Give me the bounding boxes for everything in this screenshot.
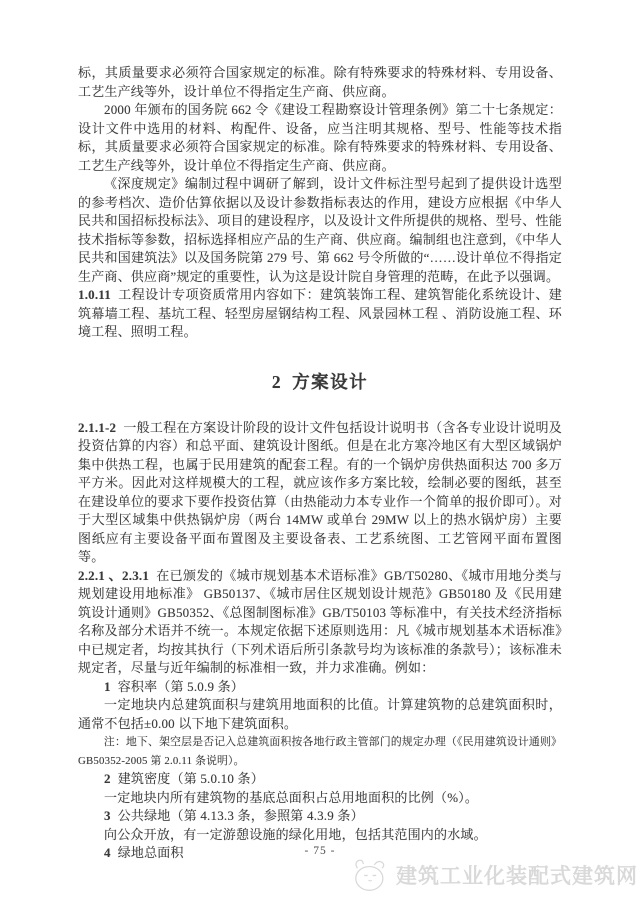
watermark-text: 建筑工业化装配式建筑网 xyxy=(396,860,638,890)
paragraph-text: 《深度规定》编制过程中调研了解到，设计文件标注型号起到了提供设计选型的参考档次、… xyxy=(78,176,562,284)
paragraph-clause-1-0-11: 1.0.11工程设计专项资质常用内容如下：建筑装饰工程、建筑智能化系统设计、建筑… xyxy=(78,286,562,342)
list-item: 2建筑密度（第 5.0.10 条） xyxy=(78,770,562,789)
paragraph-text: 一定地块内所有建筑物的基底总面积占总用地面积的比例（%）。 xyxy=(104,790,478,805)
list-number: 3 xyxy=(104,808,111,823)
clause-number: 1.0.11 xyxy=(78,287,111,302)
site-logo-icon xyxy=(349,856,393,894)
list-item: 1容积率（第 5.0.9 条） xyxy=(78,678,562,697)
paragraph: 向公众开放，有一定游憩设施的绿化用地，包括其范围内的水域。 xyxy=(78,826,562,845)
paragraph-text: 在已颁发的《城市规划基本术语标准》GB/T50280、《城市用地分类与规划建设用… xyxy=(78,568,562,676)
paragraph-text: 2000 年颁布的国务院 662 令《建设工程勘察设计管理条例》第二十七条规定：… xyxy=(78,102,562,173)
list-item: 3公共绿地（第 4.13.3 条，参照第 4.3.9 条） xyxy=(78,807,562,826)
document-page: 标，其质量要求必须符合国家规定的标准。除有特殊要求的特殊材料、专用设备、工艺生产… xyxy=(0,0,640,905)
clause-number: 2.2.1 、2.3.1 xyxy=(78,568,149,583)
content: 标，其质量要求必须符合国家规定的标准。除有特殊要求的特殊材料、专用设备、工艺生产… xyxy=(78,64,562,863)
paragraph-text: 标，其质量要求必须符合国家规定的标准。除有特殊要求的特殊材料、专用设备、工艺生产… xyxy=(78,65,562,99)
paragraph-clause-2-1-1-2: 2.1.1-2一般工程在方案设计阶段的设计文件包括设计说明书（含各专业设计说明及… xyxy=(78,419,562,567)
section-number: 2 xyxy=(272,372,282,392)
paragraph: 标，其质量要求必须符合国家规定的标准。除有特殊要求的特殊材料、专用设备、工艺生产… xyxy=(78,64,562,101)
paragraph-text: 向公众开放，有一定游憩设施的绿化用地，包括其范围内的水域。 xyxy=(104,827,487,842)
list-item-text: 公共绿地（第 4.13.3 条，参照第 4.3.9 条） xyxy=(118,808,364,823)
section-heading: 2方案设计 xyxy=(78,369,562,394)
list-number: 1 xyxy=(104,679,111,694)
section-title: 方案设计 xyxy=(292,372,368,392)
watermark: 建筑工业化装配式建筑网 xyxy=(349,856,638,894)
paragraph: 2000 年颁布的国务院 662 令《建设工程勘察设计管理条例》第二十七条规定：… xyxy=(78,101,562,175)
paragraph-text: 一定地块内总建筑面积与建筑用地面积的比值。计算建筑物的总建筑面积时，通常不包括±… xyxy=(78,697,562,731)
paragraph-text: 一般工程在方案设计阶段的设计文件包括设计说明书（含各专业设计说明及投资估算的内容… xyxy=(78,420,562,565)
paragraph: 一定地块内所有建筑物的基底总面积占总用地面积的比例（%）。 xyxy=(78,789,562,808)
note-paragraph: 注：地下、架空层是否记入总建筑面积按各地行政主管部门的规定办理（《民用建筑设计通… xyxy=(78,733,562,770)
list-item-text: 建筑密度（第 5.0.10 条） xyxy=(118,771,264,786)
paragraph-clause-2-2-1: 2.2.1 、2.3.1在已颁发的《城市规划基本术语标准》GB/T50280、《… xyxy=(78,567,562,678)
note-text: 注：地下、架空层是否记入总建筑面积按各地行政主管部门的规定办理（《民用建筑设计通… xyxy=(78,736,562,767)
list-item-text: 容积率（第 5.0.9 条） xyxy=(118,679,244,694)
list-number: 2 xyxy=(104,771,111,786)
paragraph: 《深度规定》编制过程中调研了解到，设计文件标注型号起到了提供设计选型的参考档次、… xyxy=(78,175,562,286)
clause-number: 2.1.1-2 xyxy=(78,420,116,435)
paragraph: 一定地块内总建筑面积与建筑用地面积的比值。计算建筑物的总建筑面积时，通常不包括±… xyxy=(78,696,562,733)
paragraph-text: 工程设计专项资质常用内容如下：建筑装饰工程、建筑智能化系统设计、建筑幕墙工程、基… xyxy=(78,287,562,339)
